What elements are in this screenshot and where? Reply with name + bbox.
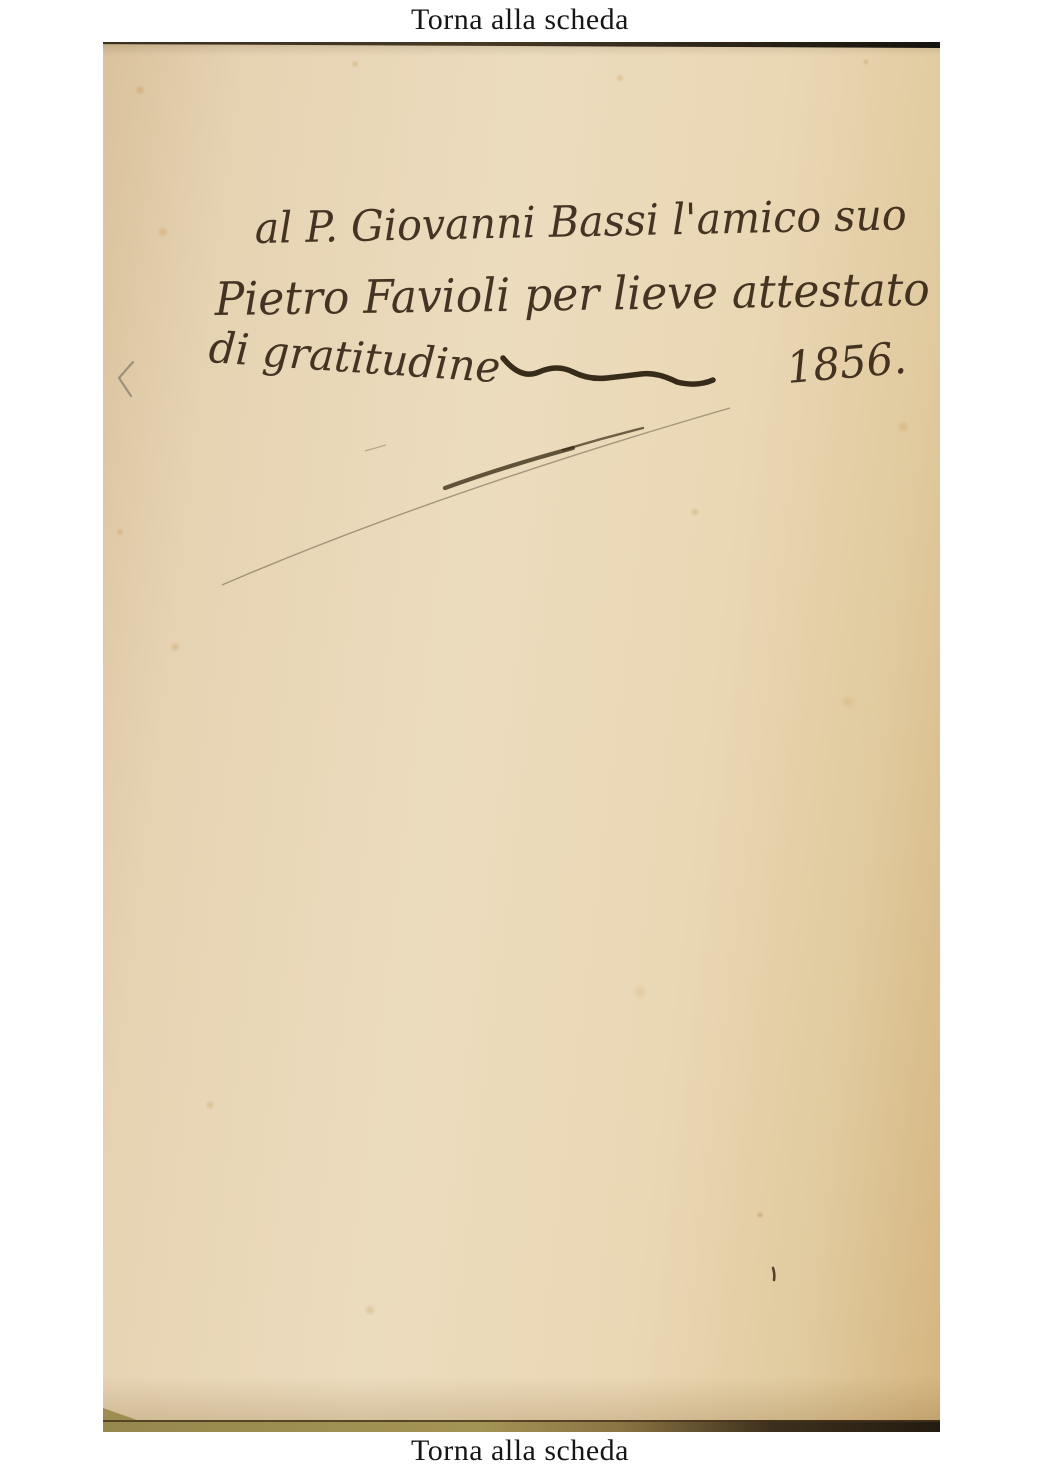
back-to-record-link-top[interactable]: Torna alla scheda (0, 3, 1040, 37)
handwritten-line-1: al P. Giovanni Bassi l'amico suo (254, 190, 907, 254)
ink-flourish-squiggle (503, 358, 713, 384)
handwritten-year: 1856. (785, 333, 909, 394)
pencil-chevron-mark (119, 362, 133, 396)
back-to-record-link-bottom[interactable]: Torna alla scheda (0, 1434, 1040, 1468)
faint-scratch-mark (365, 445, 386, 451)
page: Torna alla scheda al P. Giovanni Bassi l… (0, 0, 1040, 1471)
handwritten-line-2: Pietro Favioli per lieve attestato (213, 262, 930, 326)
pencil-long-curve (222, 408, 730, 585)
handwriting-layer: al P. Giovanni Bassi l'amico suo Pietro … (103, 42, 940, 1432)
pencil-curve-dark-segment (445, 448, 573, 488)
handwritten-line-3: di gratitudine (207, 323, 502, 393)
small-ink-tick (773, 1268, 774, 1280)
scanned-page-image: al P. Giovanni Bassi l'amico suo Pietro … (103, 42, 940, 1432)
